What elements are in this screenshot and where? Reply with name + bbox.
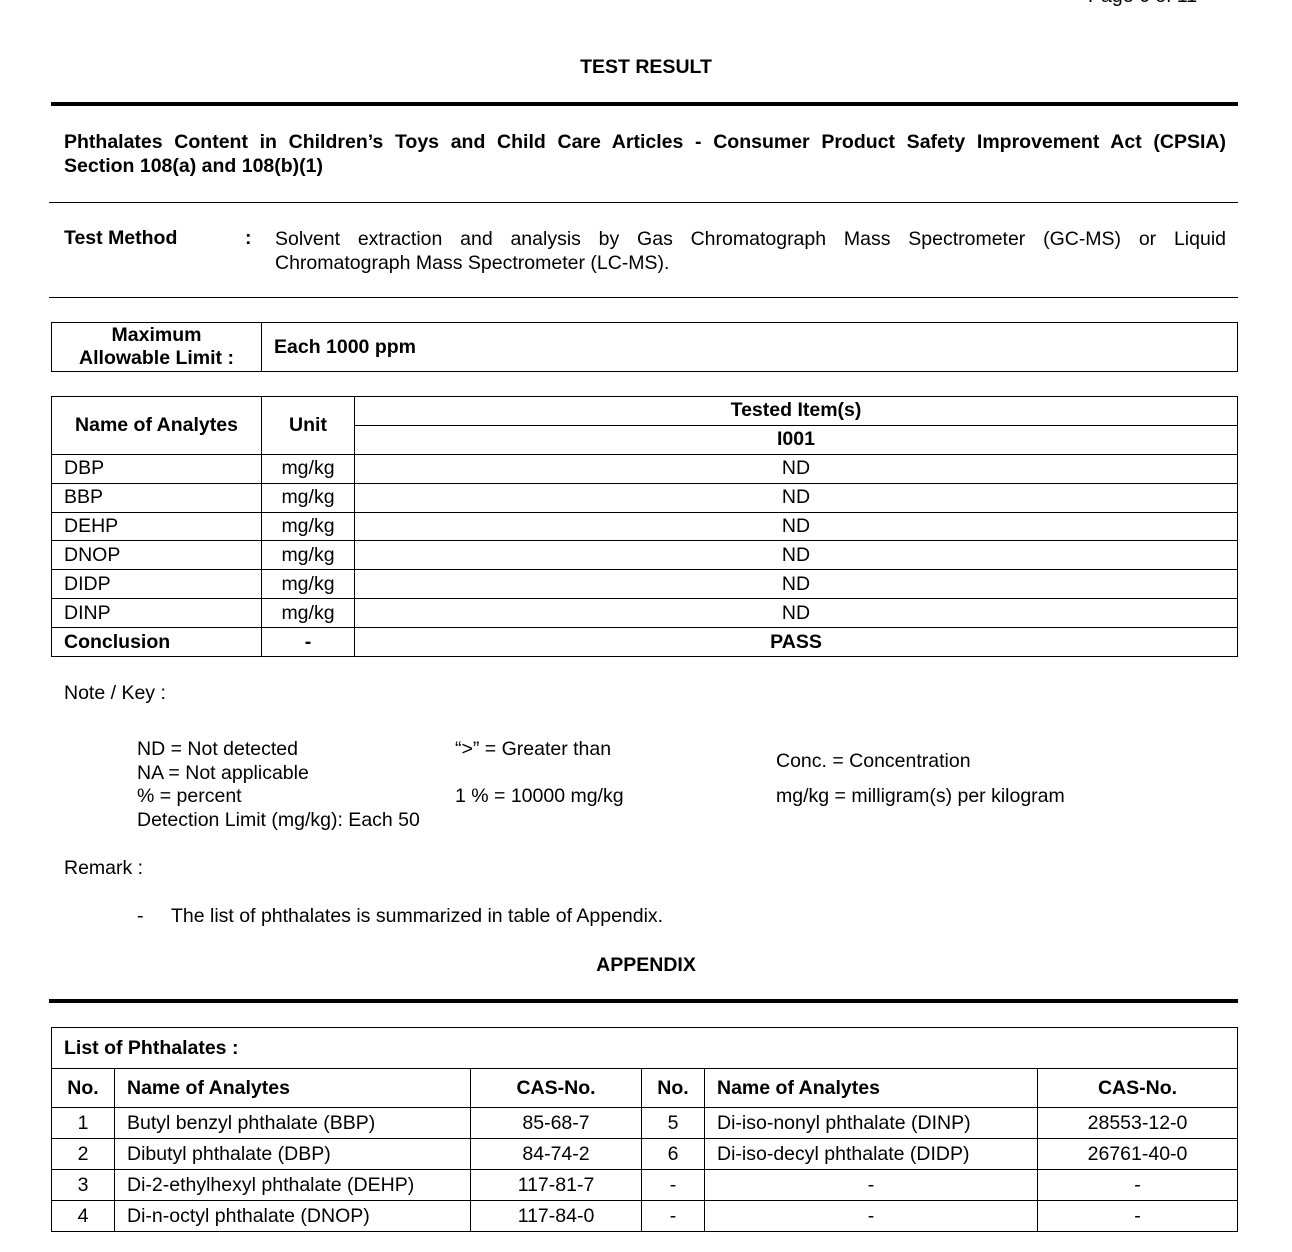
row-no: - <box>642 1170 705 1201</box>
row-no: 5 <box>642 1108 705 1139</box>
divider <box>49 202 1238 203</box>
key-item: “>” = Greater than <box>455 738 611 761</box>
conclusion-result: PASS <box>355 628 1238 657</box>
analyte-name: DEHP <box>52 512 262 541</box>
row-no: 4 <box>52 1201 115 1232</box>
row-name: Dibutyl phthalate (DBP) <box>115 1139 471 1170</box>
limit-value: Each 1000 ppm <box>262 323 1238 372</box>
header-unit: Unit <box>262 397 355 455</box>
analyte-result: ND <box>355 483 1238 512</box>
header-cas: CAS-No. <box>471 1069 642 1108</box>
row-cas: 84-74-2 <box>471 1139 642 1170</box>
row-name: Di-2-ethylhexyl phthalate (DEHP) <box>115 1170 471 1201</box>
analyte-result: ND <box>355 512 1238 541</box>
results-table: Name of Analytes Unit Tested Item(s) I00… <box>51 396 1238 657</box>
header-name: Name of Analytes <box>705 1069 1038 1108</box>
key-item: Conc. = Concentration <box>776 750 971 773</box>
row-cas: 117-84-0 <box>471 1201 642 1232</box>
limit-table: Maximum Allowable Limit : Each 1000 ppm <box>51 322 1238 372</box>
key-item: NA = Not applicable <box>137 762 420 786</box>
row-cas: 117-81-7 <box>471 1170 642 1201</box>
conclusion-label: Conclusion <box>52 628 262 657</box>
row-cas: 28553-12-0 <box>1038 1108 1238 1139</box>
test-method-text: Solvent extraction and analysis by Gas C… <box>275 227 1226 275</box>
key-item: % = percent <box>137 785 420 809</box>
limit-label-line-1: Maximum <box>52 324 261 347</box>
appendix-caption: List of Phthalates : <box>52 1028 1238 1069</box>
row-name: - <box>705 1170 1038 1201</box>
header-name: Name of Analytes <box>115 1069 471 1108</box>
analyte-name: BBP <box>52 483 262 512</box>
row-name: Di-iso-nonyl phthalate (DINP) <box>705 1108 1038 1139</box>
table-row: 1 Butyl benzyl phthalate (BBP) 85-68-7 5… <box>52 1108 1238 1139</box>
divider <box>49 297 1238 298</box>
appendix-table: List of Phthalates : No. Name of Analyte… <box>51 1027 1238 1232</box>
row-cas: 85-68-7 <box>471 1108 642 1139</box>
key-item: 1 % = 10000 mg/kg <box>455 785 624 808</box>
row-name: - <box>705 1201 1038 1232</box>
header-name: Name of Analytes <box>52 397 262 455</box>
row-no: 1 <box>52 1108 115 1139</box>
test-method-line-2: Chromatograph Mass Spectrometer (LC-MS). <box>275 252 669 274</box>
analyte-unit: mg/kg <box>262 483 355 512</box>
key-item: mg/kg = milligram(s) per kilogram <box>776 785 1065 808</box>
analyte-unit: mg/kg <box>262 454 355 483</box>
analyte-result: ND <box>355 599 1238 628</box>
note-key-label: Note / Key : <box>64 682 166 705</box>
page-number: Page 6 of 11 <box>1088 0 1197 8</box>
row-cas: 26761-40-0 <box>1038 1139 1238 1170</box>
analyte-unit: mg/kg <box>262 570 355 599</box>
table-row: DIDP mg/kg ND <box>52 570 1238 599</box>
conclusion-row: Conclusion - PASS <box>52 628 1238 657</box>
key-item: Detection Limit (mg/kg): Each 50 <box>137 809 420 833</box>
section-heading: Phthalates Content in Children’s Toys an… <box>64 130 1226 178</box>
test-method-line-1: Solvent extraction and analysis by Gas C… <box>275 227 1226 251</box>
appendix-title: APPENDIX <box>0 954 1292 977</box>
row-cas: - <box>1038 1201 1238 1232</box>
header-cas: CAS-No. <box>1038 1069 1238 1108</box>
divider-thick <box>49 999 1238 1003</box>
heading-line-2: Section 108(a) and 108(b)(1) <box>64 155 323 177</box>
analyte-unit: mg/kg <box>262 599 355 628</box>
limit-label-line-2: Allowable Limit : <box>52 347 261 370</box>
row-name: Butyl benzyl phthalate (BBP) <box>115 1108 471 1139</box>
remark-label: Remark : <box>64 857 143 880</box>
analyte-result: ND <box>355 541 1238 570</box>
header-item-id: I001 <box>355 425 1238 454</box>
header-no: No. <box>52 1069 115 1108</box>
table-row: 4 Di-n-octyl phthalate (DNOP) 117-84-0 -… <box>52 1201 1238 1232</box>
analyte-result: ND <box>355 570 1238 599</box>
divider-thick <box>51 102 1238 106</box>
row-name: Di-iso-decyl phthalate (DIDP) <box>705 1139 1038 1170</box>
table-row: DEHP mg/kg ND <box>52 512 1238 541</box>
header-tested-items: Tested Item(s) <box>355 397 1238 426</box>
table-row: 3 Di-2-ethylhexyl phthalate (DEHP) 117-8… <box>52 1170 1238 1201</box>
analyte-name: DNOP <box>52 541 262 570</box>
row-no: 6 <box>642 1139 705 1170</box>
test-method-colon: : <box>245 227 252 250</box>
heading-line-1: Phthalates Content in Children’s Toys an… <box>64 130 1226 154</box>
conclusion-unit: - <box>262 628 355 657</box>
analyte-result: ND <box>355 454 1238 483</box>
analyte-unit: mg/kg <box>262 512 355 541</box>
key-item: ND = Not detected <box>137 738 420 762</box>
table-row: DINP mg/kg ND <box>52 599 1238 628</box>
row-no: 2 <box>52 1139 115 1170</box>
analyte-unit: mg/kg <box>262 541 355 570</box>
remark-text: The list of phthalates is summarized in … <box>171 905 663 928</box>
table-row: DBP mg/kg ND <box>52 454 1238 483</box>
page-title: TEST RESULT <box>0 56 1292 79</box>
test-method-label: Test Method <box>64 227 177 250</box>
row-no: - <box>642 1201 705 1232</box>
row-name: Di-n-octyl phthalate (DNOP) <box>115 1201 471 1232</box>
table-row: BBP mg/kg ND <box>52 483 1238 512</box>
row-no: 3 <box>52 1170 115 1201</box>
table-row: DNOP mg/kg ND <box>52 541 1238 570</box>
analyte-name: DIDP <box>52 570 262 599</box>
key-column-1: ND = Not detected NA = Not applicable % … <box>137 738 420 833</box>
remark-bullet: - <box>137 905 144 928</box>
analyte-name: DINP <box>52 599 262 628</box>
analyte-name: DBP <box>52 454 262 483</box>
table-row: 2 Dibutyl phthalate (DBP) 84-74-2 6 Di-i… <box>52 1139 1238 1170</box>
header-no: No. <box>642 1069 705 1108</box>
limit-label: Maximum Allowable Limit : <box>52 323 262 372</box>
row-cas: - <box>1038 1170 1238 1201</box>
